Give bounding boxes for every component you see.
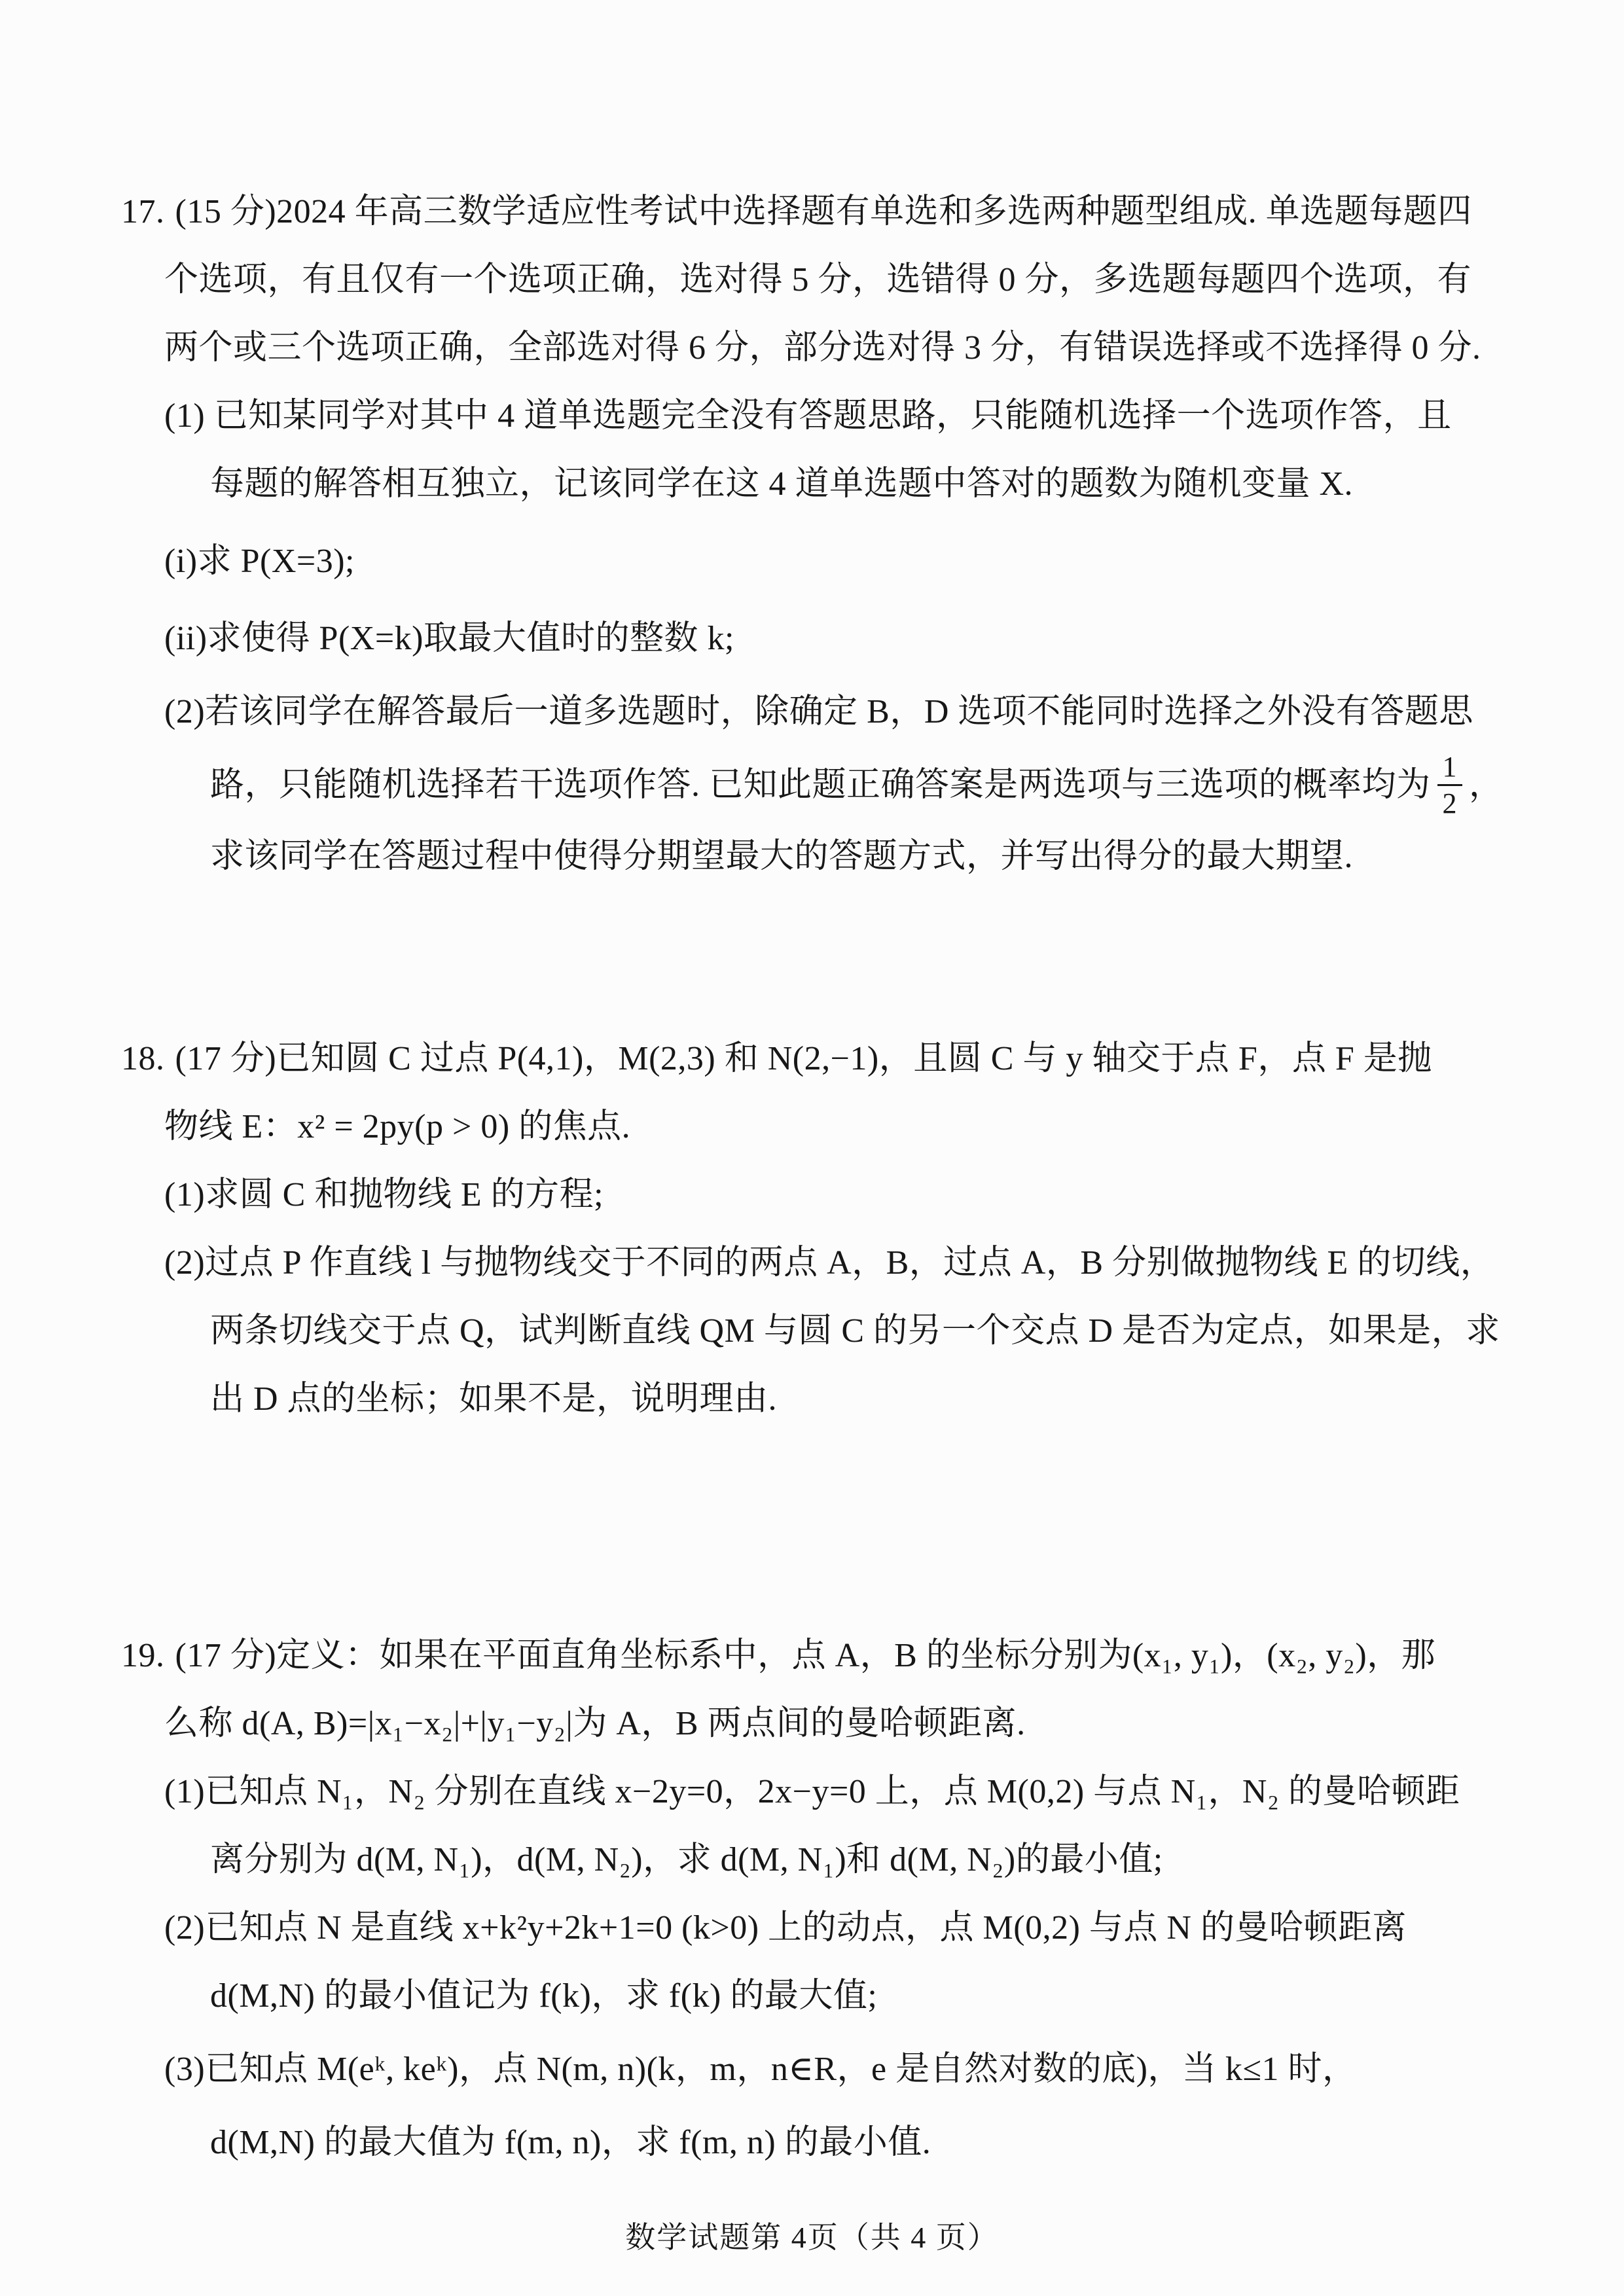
q18-intro-line2: 物线 E：x² = 2py(p > 0) 的焦点. xyxy=(164,1093,1519,1161)
q19-intro-line1: 19.(17 分)定义：如果在平面直角坐标系中，点 A，B 的坐标分别为(x₁,… xyxy=(121,1622,1519,1690)
problem-17: 17.(15 分)2024 年高三数学适应性考试中选择题有单选和多选两种题型组成… xyxy=(121,178,1519,891)
q18-part2-line2: 两条切线交于点 Q，试判断直线 QM 与圆 C 的另一个交点 D 是否为定点，如… xyxy=(210,1297,1519,1365)
q19-intro-line2: 么称 d(A, B)=|x₁−x₂|+|y₁−y₂|为 A，B 两点间的曼哈顿距… xyxy=(164,1690,1519,1758)
q17-intro-line1-text: (15 分)2024 年高三数学适应性考试中选择题有单选和多选两种题型组成. 单… xyxy=(175,193,1472,230)
q19-part1-line2: 离分别为 d(M, N₁)，d(M, N₂)，求 d(M, N₁)和 d(M, … xyxy=(210,1826,1519,1894)
q17-part1-line2: 每题的解答相互独立，记该同学在这 4 道单选题中答对的题数为随机变量 X. xyxy=(210,450,1519,518)
q18-part1: (1)求圆 C 和抛物线 E 的方程; xyxy=(164,1161,1519,1229)
q17-intro-line1: 17.(15 分)2024 年高三数学适应性考试中选择题有单选和多选两种题型组成… xyxy=(121,178,1519,246)
q17-sub-i: (i)求 P(X=3); xyxy=(164,528,1519,596)
problem-18: 18.(17 分)已知圆 C 过点 P(4,1)，M(2,3) 和 N(2,−1… xyxy=(121,1025,1519,1433)
fraction-one-half: 12 xyxy=(1437,751,1463,820)
q19-intro-line1-text: (17 分)定义：如果在平面直角坐标系中，点 A，B 的坐标分别为(x₁, y₁… xyxy=(175,1637,1436,1674)
exam-page: 17.(15 分)2024 年高三数学适应性考试中选择题有单选和多选两种题型组成… xyxy=(0,0,1624,2296)
q17-intro-line2: 个选项，有且仅有一个选项正确，选对得 5 分，选错得 0 分，多选题每题四个选项… xyxy=(164,246,1519,314)
q19-part2-line1: (2)已知点 N 是直线 x+k²y+2k+1=0 (k>0) 上的动点，点 M… xyxy=(164,1894,1519,1962)
fraction-numerator: 1 xyxy=(1437,751,1463,784)
q17-part1-line1: (1) 已知某同学对其中 4 道单选题完全没有答题思路，只能随机选择一个选项作答… xyxy=(164,382,1519,450)
page-footer: 数学试题第 4页（共 4 页） xyxy=(0,2214,1624,2257)
q18-number: 18. xyxy=(121,1025,165,1093)
q19-part1-line1: (1)已知点 N₁，N₂ 分别在直线 x−2y=0，2x−y=0 上，点 M(0… xyxy=(164,1758,1519,1826)
q17-part2-line2: 路，只能随机选择若干选项作答. 已知此题正确答案是两选项与三选项的概率均为12， xyxy=(210,751,1519,823)
q17-part2-line2-pre: 路，只能随机选择若干选项作答. 已知此题正确答案是两选项与三选项的概率均为 xyxy=(210,766,1431,804)
problem-19: 19.(17 分)定义：如果在平面直角坐标系中，点 A，B 的坐标分别为(x₁,… xyxy=(121,1622,1519,2177)
q19-part3-line2: d(M,N) 的最大值为 f(m, n)，求 f(m, n) 的最小值. xyxy=(210,2109,1519,2177)
q17-part2-line3: 求该同学在答题过程中使得分期望最大的答题方式，并写出得分的最大期望. xyxy=(210,823,1519,891)
q19-number: 19. xyxy=(121,1622,165,1690)
q17-part2-line2-post: ， xyxy=(1469,766,1504,804)
q19-part3-line1: (3)已知点 M(eᵏ, keᵏ)，点 N(m, n)(k，m，n∈R，e 是自… xyxy=(164,2036,1519,2104)
fraction-denominator: 2 xyxy=(1437,784,1463,821)
q17-intro-line3: 两个或三个选项正确，全部选对得 6 分，部分选对得 3 分，有错误选择或不选择得… xyxy=(164,314,1519,382)
q18-intro-line1: 18.(17 分)已知圆 C 过点 P(4,1)，M(2,3) 和 N(2,−1… xyxy=(121,1025,1519,1093)
q17-number: 17. xyxy=(121,178,165,246)
q17-sub-ii: (ii)求使得 P(X=k)取最大值时的整数 k; xyxy=(164,605,1519,673)
q17-part2-line1: (2)若该同学在解答最后一道多选题时，除确定 B，D 选项不能同时选择之外没有答… xyxy=(164,678,1519,746)
q18-intro-line1-text: (17 分)已知圆 C 过点 P(4,1)，M(2,3) 和 N(2,−1)，且… xyxy=(175,1040,1432,1077)
q18-part2-line3: 出 D 点的坐标；如果不是，说明理由. xyxy=(210,1365,1519,1433)
q19-part2-line2: d(M,N) 的最小值记为 f(k)，求 f(k) 的最大值; xyxy=(210,1962,1519,2030)
q18-part2-line1: (2)过点 P 作直线 l 与抛物线交于不同的两点 A，B，过点 A，B 分别做… xyxy=(164,1229,1519,1297)
